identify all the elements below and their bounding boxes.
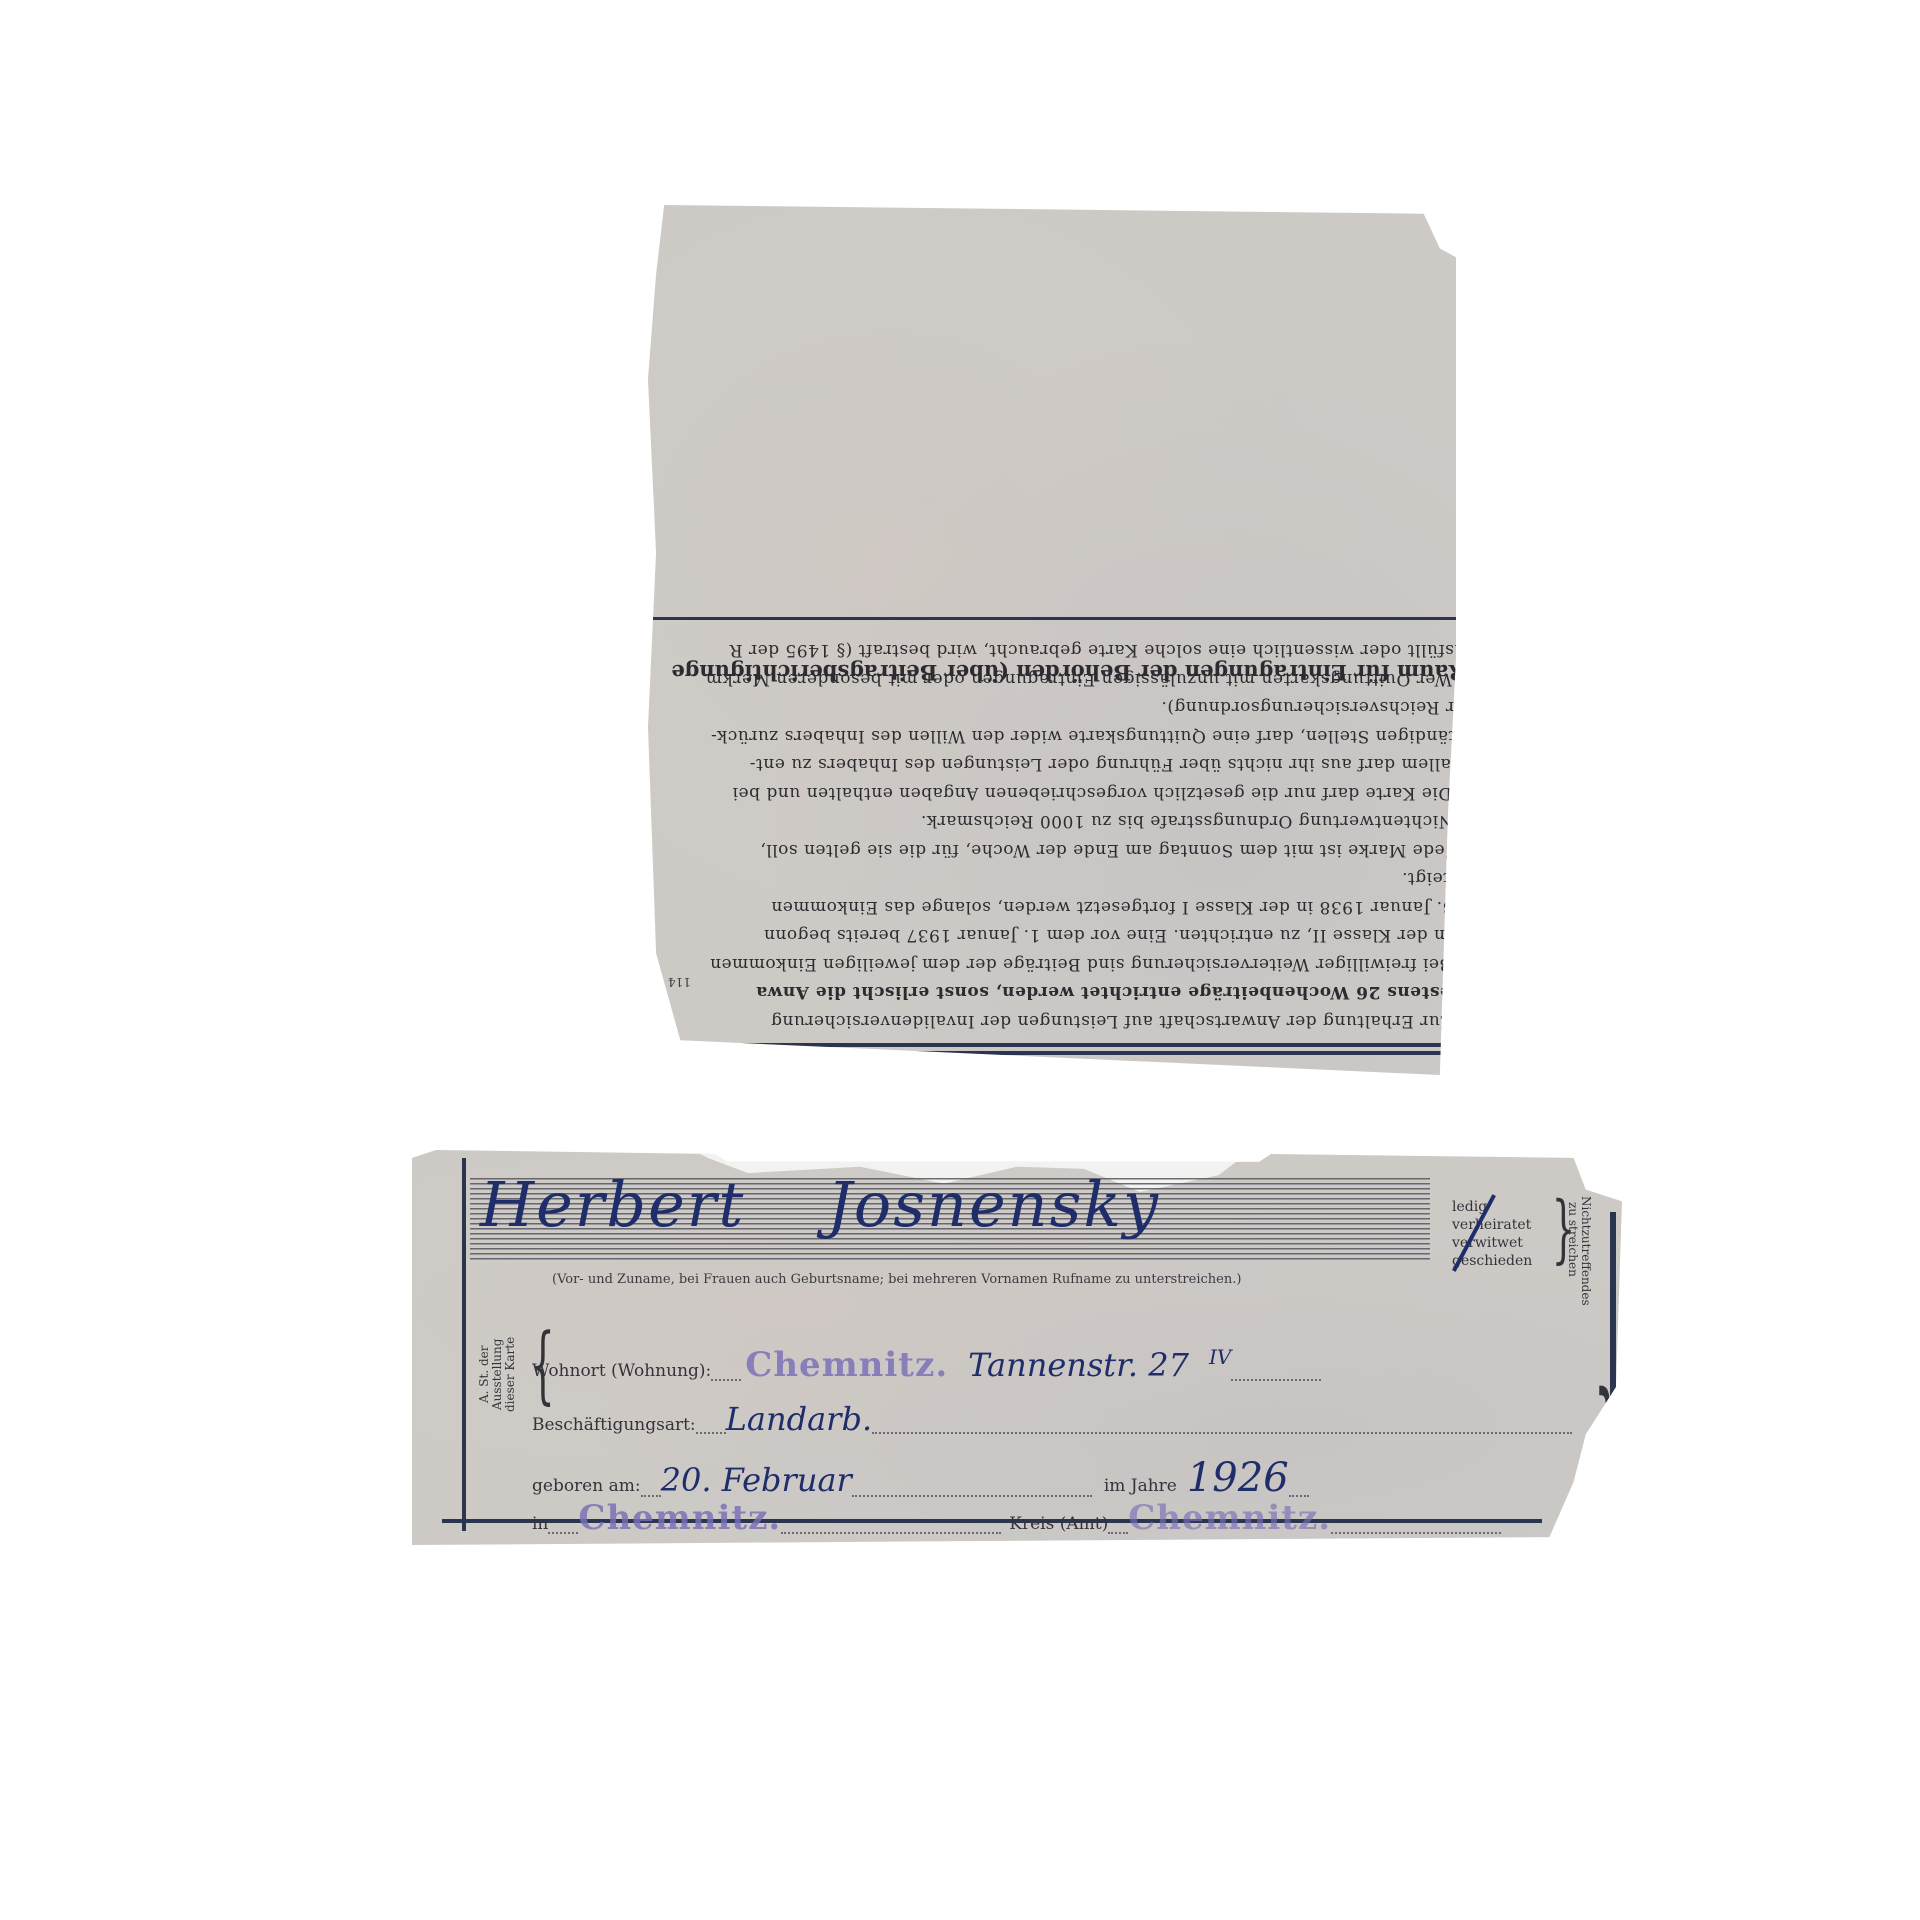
instruction-line: or allem darf aus ihr nichts über Führun… xyxy=(658,750,1476,779)
born-on-handwritten: 20. Februar xyxy=(661,1461,852,1499)
page-number: 114 xyxy=(668,975,691,989)
dotted-line xyxy=(1231,1378,1321,1381)
strike-note: Nichtzutreffendes zu streichen xyxy=(1566,1196,1592,1282)
dotted-line xyxy=(711,1378,741,1381)
upper-document-fragment: Zur Erhaltung der Anwartschaft auf Leist… xyxy=(648,205,1456,1075)
dotted-line xyxy=(872,1431,1572,1434)
residence-stamp: Chemnitz. xyxy=(745,1345,948,1385)
instruction-line: ndestens 26 Wochenbeiträge entrichtet we… xyxy=(658,978,1476,1007)
rule-line xyxy=(678,1051,1446,1055)
rule-line xyxy=(648,617,1456,620)
dotted-line xyxy=(548,1531,578,1534)
upside-down-content: Zur Erhaltung der Anwartschaft auf Leist… xyxy=(648,205,1456,1075)
born-on-label: geboren am: xyxy=(532,1476,641,1496)
marital-status-options: ledig verheiratet verwitwet geschieden xyxy=(1452,1198,1532,1270)
occupation-handwritten: Landarb. xyxy=(726,1400,872,1438)
issuing-office-note: A. St. der Ausstellung dieser Karte xyxy=(478,1326,517,1422)
instructions-text: Zur Erhaltung der Anwartschaft auf Leist… xyxy=(658,636,1476,1035)
district-label: Kreis (Amt) xyxy=(1009,1514,1108,1534)
brace-icon: } xyxy=(1593,1370,1623,1560)
year-label: im Jahre xyxy=(1104,1476,1177,1496)
residence-floor: IV xyxy=(1209,1345,1231,1369)
instruction-line: er in der Klasse II, zu entrichten. Eine… xyxy=(658,921,1476,950)
occupation-row: Beschäftigungsart: Landarb. xyxy=(532,1400,1572,1438)
instruction-line: erfteigt. xyxy=(658,864,1476,893)
dotted-line xyxy=(1289,1494,1309,1497)
insurance-card-fragment: Herbert Josnensky (Vor- und Zuname, bei … xyxy=(412,1150,1622,1545)
residence-row: Wohnort (Wohnung): Chemnitz. Tannenstr. … xyxy=(532,1345,1321,1385)
given-name: Herbert xyxy=(480,1168,745,1241)
authority-entries-heading: Raum für Eintragungen der Behörden (über… xyxy=(648,660,1466,685)
marital-option: verheiratet xyxy=(1452,1216,1532,1234)
dotted-line xyxy=(781,1531,1001,1534)
frame-line-left xyxy=(462,1158,466,1531)
instruction-line: uständigen Stellen, darf eine Quittungsk… xyxy=(658,722,1476,751)
instruction-line: Bei freiwilliger Weiterversicherung sind… xyxy=(658,950,1476,979)
dotted-line xyxy=(1108,1531,1128,1534)
instruction-line: ei Nichtentwertung Ordnungsstrafe bis zu… xyxy=(658,807,1476,836)
name-caption: (Vor- und Zuname, bei Frauen auch Geburt… xyxy=(552,1272,1241,1287)
name-handwritten: Herbert Josnensky xyxy=(470,1168,1160,1241)
instruction-line: Zur Erhaltung der Anwartschaft auf Leist… xyxy=(658,1007,1476,1036)
birth-row: geboren am: 20. Februar im Jahre 1926 xyxy=(532,1455,1309,1501)
dotted-line xyxy=(696,1431,726,1434)
year-handwritten: 1926 xyxy=(1187,1455,1289,1501)
place-label: in xyxy=(532,1514,548,1534)
dotted-line xyxy=(1331,1531,1501,1534)
dotted-line xyxy=(852,1494,1092,1497)
occupation-label: Beschäftigungsart: xyxy=(532,1415,696,1435)
residence-handwritten: Tannenstr. 27 xyxy=(968,1346,1189,1384)
residence-label: Wohnort (Wohnung): xyxy=(532,1361,711,1381)
instruction-line: m 3. Januar 1938 in der Klasse I fortges… xyxy=(658,893,1476,922)
dotted-line xyxy=(641,1494,661,1497)
place-row: in Chemnitz. Kreis (Amt) Chemnitz. xyxy=(532,1498,1501,1538)
family-name: Josnensky xyxy=(827,1168,1160,1241)
rule-line xyxy=(666,1043,1450,1047)
instruction-line: Die Karte darf nur die gesetzlich vorges… xyxy=(658,779,1476,808)
instruction-line: Jede Marke ist mit dem Sonntag am Ende d… xyxy=(658,836,1476,865)
district-stamp: Chemnitz. xyxy=(1128,1498,1331,1538)
instruction-line: der Reichsversicherungsordnung). xyxy=(658,693,1476,722)
place-stamp: Chemnitz. xyxy=(578,1498,781,1538)
precise-note: Genau festzustellen! xyxy=(1588,1450,1614,1560)
